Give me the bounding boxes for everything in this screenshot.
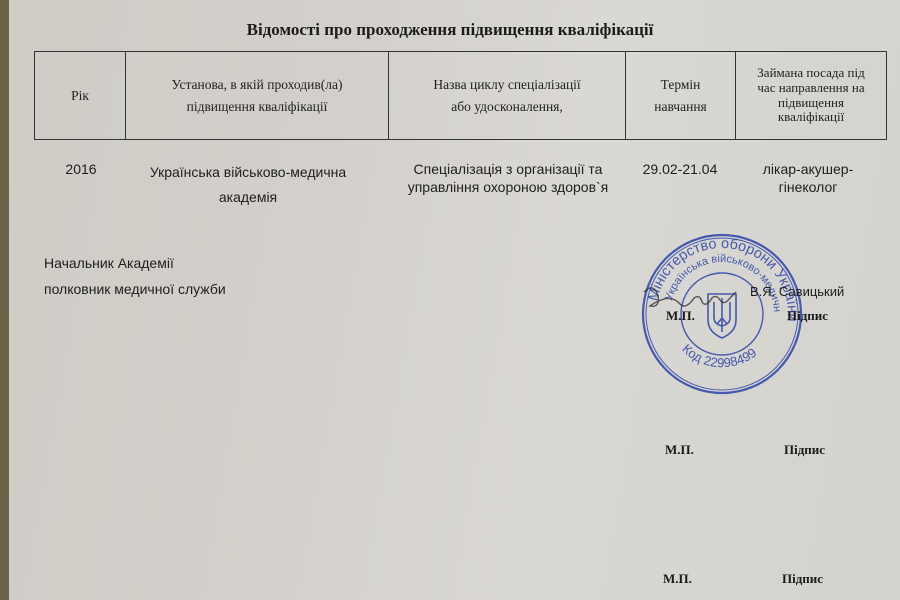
signatory-name: В.Я. Савицький xyxy=(750,284,844,299)
official-stamp: Міністерство оборони України Українська … xyxy=(640,232,804,396)
signature-label-3: Підпис xyxy=(782,571,823,587)
qualification-table-header: Рік Установа, в якій проходив(ла) підвищ… xyxy=(34,51,887,140)
cell-position: лікар-акушер-гінеколог xyxy=(748,160,868,196)
seal-label-1: М.П. xyxy=(666,308,695,324)
trident-emblem-icon xyxy=(708,294,736,338)
seal-label-3: М.П. xyxy=(663,571,692,587)
header-year: Рік xyxy=(35,52,126,140)
signatory-title-2: полковник медичної служби xyxy=(44,276,226,303)
cell-cycle: Спеціалізація з організації та управлінн… xyxy=(398,160,618,196)
document-title: Відомості про проходження підвищення ква… xyxy=(0,20,900,40)
header-position: Займана посада під час направлення на пі… xyxy=(736,52,887,140)
seal-label-2: М.П. xyxy=(665,442,694,458)
cell-institution: Українська військово-медична академія xyxy=(128,160,368,209)
header-term: Термін навчання xyxy=(626,52,736,140)
signature-label-2: Підпис xyxy=(784,442,825,458)
header-institution: Установа, в якій проходив(ла) підвищення… xyxy=(126,52,389,140)
header-cycle: Назва циклу спеціалізації або удосконале… xyxy=(389,52,626,140)
cell-year: 2016 xyxy=(58,160,104,178)
cell-term: 29.02-21.04 xyxy=(625,160,735,178)
signatory-title-1: Начальник Академії xyxy=(44,250,174,277)
signature-label-1: Підпис xyxy=(787,308,828,324)
